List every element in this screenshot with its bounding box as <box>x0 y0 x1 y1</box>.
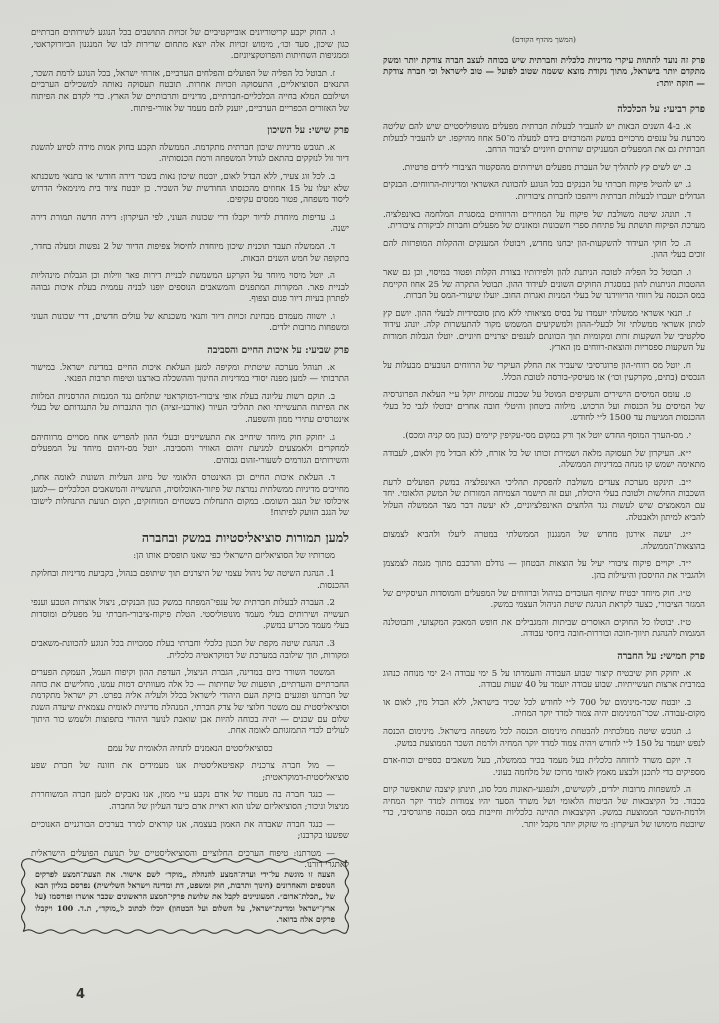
list-item: ג. יחוקק חוק מיוחד שיחייב את התעשיינים ו… <box>31 433 349 468</box>
list-item: ו. תבוטל כל הפליה לטובה הניתנת להון ולפי… <box>383 268 705 303</box>
housing-continued-list: ו. החוק יקבע קריטוריונים אובייקטיביים של… <box>31 28 349 115</box>
socialist-paragraph: המשטר השורר כיום במדינה, הגברת הניצול, ה… <box>31 668 349 738</box>
left-column: ו. החוק יקבע קריטוריונים אובייקטיביים של… <box>31 28 349 878</box>
list-item: ה. יוטל מיסוי מיוחד על הקרקע המשמשת לבני… <box>31 271 349 306</box>
list-item: ג. עדיפות מיוחדת לדיור יקבלו דרי שכונות … <box>31 213 349 236</box>
list-item: — כנגד חברה בה מעמדו של אדם נקבע ע״י ממו… <box>31 790 349 813</box>
chapter7-heading: פרק שביעי: על איכות החיים והסביבה <box>31 345 349 357</box>
right-column: (המשך מהדף הקודם) פרק זה נועד להתוות עיק… <box>383 34 705 838</box>
chapter5-heading: פרק חמישי: על החברה <box>383 651 705 663</box>
chapter4-list: א. ב-4 השנים הבאות יש להעביר לבעלות חברת… <box>383 122 705 641</box>
list-item: א. יחוקק חוק שיבטיח קיצור שבוע העבודה וה… <box>383 669 705 692</box>
list-item: ב. לכל זוג צעיר, ללא הבדל לאום, יובטח שי… <box>31 172 349 207</box>
chapter-intro: פרק זה נועד להתוות עיקרי מדיניות כלכלית … <box>383 56 705 91</box>
list-item: ט. עומס המיסים הישירים והעקיפים המוטל על… <box>383 390 705 425</box>
list-item: 2. העברה לבעלות חברתית של ענפי־המפתח במש… <box>31 598 349 633</box>
chapter6-heading: פרק שישי: על השיכון <box>31 125 349 137</box>
list-item: י״א. העיקרון של תעסוקה מלאה ושמירת זכותו… <box>383 449 705 472</box>
list-item: ג. יש להטיל פיקוח חברתי על הבנקים בכל הנ… <box>383 180 705 203</box>
list-item: ו. החוק יקבע קריטוריונים אובייקטיביים של… <box>31 28 349 63</box>
list-item: 3. הנהגת שיטה מקפת של תכנון כלכלי וחברתי… <box>31 639 349 662</box>
list-item: ט״ו. חוק מיוחד יבטיח שיתוף העובדים בניהו… <box>383 589 705 612</box>
continuation-note: (המשך מהדף הקודם) <box>383 34 705 46</box>
list-item: ו. יושווה מעמדם מבחינת זכויות דיור ותנאי… <box>31 312 349 335</box>
socialist-goals-list: 1. הנהגת השיטה של ניהול עצמי של היצרנים … <box>31 569 349 662</box>
socialist-center-line: כסוציאליסטים הנאמנים לתחיה הלאומית של עמ… <box>31 744 349 756</box>
page-number: 4 <box>76 987 85 1002</box>
list-item: ד. תונהג שיטה משולבת של פיקוח על המחירים… <box>383 210 705 233</box>
list-item: א. ב-4 השנים הבאות יש להעביר לבעלות חברת… <box>383 122 705 157</box>
notice-text: הצעה זו מוגשת על־ידי ועדת־המצע להנהלת „מ… <box>35 869 335 925</box>
chapter7-list: א. תנוהל מערכה שיטתית ומקיפה למען העלאת … <box>31 363 349 520</box>
list-item: י״ב. תינקט מערכת צעדים משולבת להפסקת תהל… <box>383 478 705 524</box>
list-item: 1. הנהגת השיטה של ניהול עצמי של היצרנים … <box>31 569 349 592</box>
list-item: — מול חברה צרכנית קאפיטאליסטית אנו מעמיד… <box>31 761 349 784</box>
newspaper-page: (המשך מהדף הקודם) פרק זה נועד להתוות עיק… <box>0 0 719 1023</box>
list-item: ה. כל חוקי העידוד להשקעות-הון יבחנו מחדש… <box>383 239 705 262</box>
notice-box: הצעה זו מוגשת על־ידי ועדת־המצע להנהלת „מ… <box>21 857 349 935</box>
chapter4-heading: פרק רביעי: על הכלכלה <box>383 104 705 116</box>
list-item: י. מס-הערך המוסף החדש יוטל אך ורק במקום … <box>383 431 705 443</box>
list-item: ד. הממשלה תעבד תוכנית שיכון מיוחדת לחיסו… <box>31 242 349 265</box>
list-item: ז. תבוטל כל הפליה של הפועלים והפלחים הער… <box>31 69 349 115</box>
chapter5-list: א. יחוקק חוק שיבטיח קיצור שבוע העבודה וה… <box>383 669 705 832</box>
list-item: ג. תגובש שיטה ממלכתית להבטחת מינימום הכנ… <box>383 727 705 750</box>
list-item: ב. יש לשים קץ לתהליך של העברת מפעלים ושי… <box>383 163 705 175</box>
list-item: ב. יובטח שכר-מינימום של 700 ל״י לחודש לכ… <box>383 698 705 721</box>
socialist-dash-list: — מול חברה צרכנית קאפיטאליסטית אנו מעמיד… <box>31 761 349 872</box>
list-item: ז. תנאי אשראי ממשלתי יועמדו על בסיס מציא… <box>383 309 705 355</box>
list-item: א. תנוהל מערכה שיטתית ומקיפה למען העלאת … <box>31 363 349 386</box>
socialist-intro: מטרותיו של הסוציאליזם הישראלי כפי שאנו ת… <box>31 551 349 563</box>
list-item: ח. יוטל מס רווחי-הון פרוגרסיבי שיעביר את… <box>383 361 705 384</box>
list-item: י״ג. יעשה אירגון מחדש של המנגנון הממשלתי… <box>383 530 705 553</box>
list-item: א. תגובש מדיניות שיכון חברתית מתקדמת. המ… <box>31 143 349 166</box>
chapter6-list: א. תגובש מדיניות שיכון חברתית מתקדמת. המ… <box>31 143 349 335</box>
list-item: — כנגד חברה שאבדה את האמון בעצמה, אנו קו… <box>31 820 349 843</box>
list-item: ה. למשפחות מרובות ילדים, לקשישים, ולנפגע… <box>383 785 705 831</box>
list-item: ט״ז. יבוטלו כל החוקים האוסרים שביתות והמ… <box>383 618 705 641</box>
list-item: ד. יוקם משרד לרווחה כלכלית בעל מעמד בכיר… <box>383 756 705 779</box>
list-item: ד. העלאת איכות החיים וכן האינטרס הלאומי … <box>31 473 349 519</box>
socialist-section-heading: למען תמורות סוציאליסטיות במשק ובחברה <box>31 532 349 544</box>
list-item: ב. תוקם רשות עליונה בעלת אופי ציבורי-דמו… <box>31 392 349 427</box>
list-item: י״ד. יקויים פיקוח ציבורי יעיל על הוצאות … <box>383 559 705 582</box>
